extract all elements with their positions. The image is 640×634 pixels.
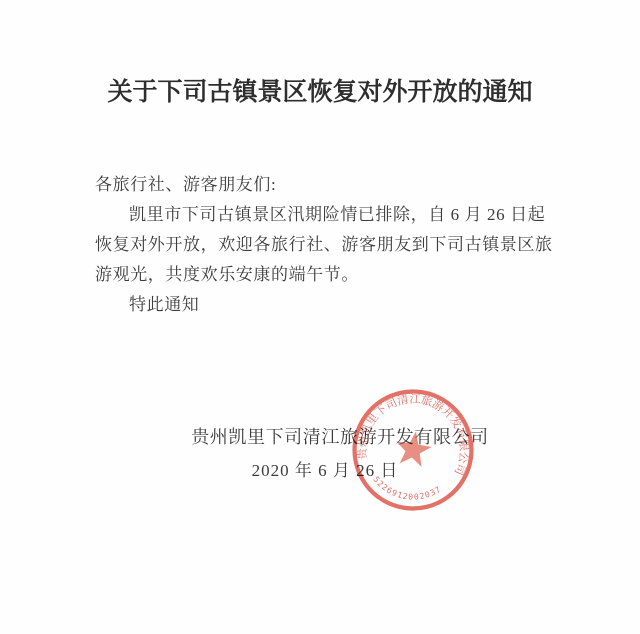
seal-ring xyxy=(346,383,480,517)
company-signature: 贵州凯里下司清江旅游开发有限公司 xyxy=(0,423,640,449)
document-title: 关于下司古镇景区恢复对外开放的通知 xyxy=(0,72,640,108)
salutation-line: 各旅行社、游客朋友们: xyxy=(95,170,547,200)
document-body: 各旅行社、游客朋友们: 凯里市下司古镇景区汛期险情已排除，自 6 月 26 日起… xyxy=(95,170,547,320)
notice-document: 关于下司古镇景区恢复对外开放的通知 各旅行社、游客朋友们: 凯里市下司古镇景区汛… xyxy=(0,0,640,634)
signature-date: 2020 年 6 月 26 日 xyxy=(0,456,640,481)
body-line: 凯里市下司古镇景区汛期险情已排除，自 6 月 26 日起 xyxy=(95,200,547,230)
official-seal: 贵州凯里下司清江旅游开发有限公司 5226912002037 xyxy=(337,374,488,525)
body-line: 游观光，共度欢乐安康的端午节。 xyxy=(95,260,547,290)
closing-line: 特此通知 xyxy=(95,290,547,320)
body-line: 恢复对外开放，欢迎各旅行社、游客朋友到下司古镇景区旅 xyxy=(95,230,547,260)
